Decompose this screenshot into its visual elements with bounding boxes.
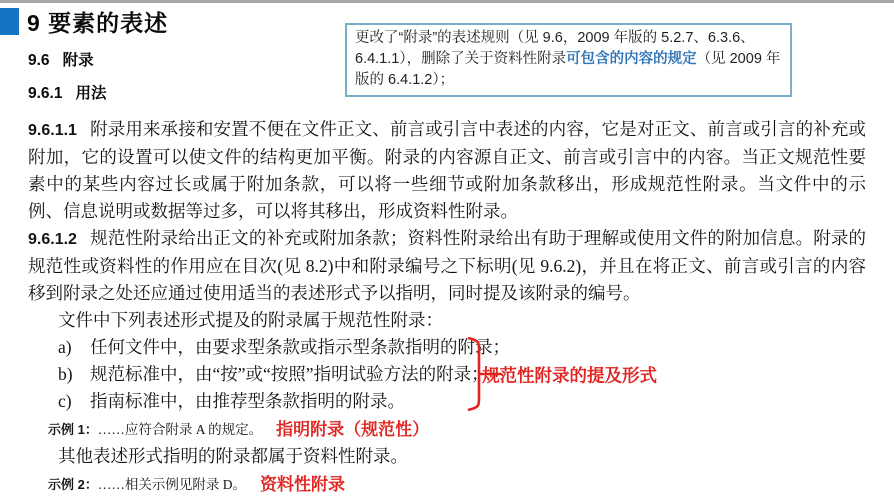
informative-annex-statement: 其他表述形式指明的附录都属于资料性附录。 xyxy=(58,443,866,470)
example-2-label: 示例 2： xyxy=(48,477,98,492)
example-1-text: ……应符合附录 A 的规定。 xyxy=(98,422,262,437)
list-intro: 文件中下列表述形式提及的附录属于规范性附录： xyxy=(58,307,866,334)
normative-annex-list: a)任何文件中，由要求型条款或指示型条款指明的附录； b)规范标准中，由“按”或… xyxy=(58,334,866,415)
bracket-annotation-label: 规范性附录的提及形式 xyxy=(482,362,657,387)
document-body: 9.6附录 9.6.1用法 9.6.1.1附录用来承接和安置不便在文件正文、前言… xyxy=(28,53,866,495)
example-2-row: 示例 2：……相关示例见附录 D。资料性附录 xyxy=(48,474,866,495)
heading-9-6-1-number: 9.6.1 xyxy=(28,85,62,102)
example-1-label: 示例 1： xyxy=(48,422,98,437)
heading-9-6-number: 9.6 xyxy=(28,52,50,69)
list-item-a-marker: a) xyxy=(58,334,90,361)
clause-9-6-1-2: 9.6.1.2规范性附录给出正文的补充或附加条款；资料性附录给出有助于理解或使用… xyxy=(28,225,866,307)
list-item-a-text: 任何文件中，由要求型条款或指示型条款指明的附录； xyxy=(90,337,510,357)
heading-9-6: 9.6附录 xyxy=(28,53,866,69)
clause-9-6-1-2-text: 规范性附录给出正文的补充或附加条款；资料性附录给出有助于理解或使用文件的附加信息… xyxy=(28,228,866,303)
page-title: 9 要素的表述 xyxy=(27,5,168,38)
list-item-b-text: 规范标准中，由“按”或“按照”指明试验方法的附录； xyxy=(90,364,489,384)
clause-9-6-1-2-number: 9.6.1.2 xyxy=(28,231,77,248)
heading-9-6-label: 附录 xyxy=(63,52,94,69)
heading-9-6-1: 9.6.1用法 xyxy=(28,86,866,102)
clause-9-6-1-1: 9.6.1.1附录用来承接和安置不便在文件正文、前言或引言中表述的内容，它是对正… xyxy=(28,116,866,225)
example-2-text: ……相关示例见附录 D。 xyxy=(98,477,246,492)
list-item-c-marker: c) xyxy=(58,388,90,415)
section-marker-square xyxy=(0,8,19,35)
top-divider-bar xyxy=(0,0,894,3)
section-title-row: 9 要素的表述 xyxy=(0,5,168,38)
heading-9-6-1-label: 用法 xyxy=(75,85,106,102)
example-1-row: 示例 1：……应符合附录 A 的规定。指明附录（规范性） xyxy=(48,419,866,440)
list-item-c-text: 指南标准中，由推荐型条款指明的附录。 xyxy=(90,391,405,411)
document-page: 9 要素的表述 更改了“附录”的表述规则（见 9.6，2009 年版的 5.2.… xyxy=(0,0,894,496)
example-1-annotation: 指明附录（规范性） xyxy=(276,420,429,439)
list-item-b-marker: b) xyxy=(58,361,90,388)
example-2-annotation: 资料性附录 xyxy=(260,475,345,494)
clause-9-6-1-1-text: 附录用来承接和安置不便在文件正文、前言或引言中表述的内容，它是对正文、前言或引言… xyxy=(28,119,866,221)
clause-9-6-1-1-number: 9.6.1.1 xyxy=(28,122,77,139)
